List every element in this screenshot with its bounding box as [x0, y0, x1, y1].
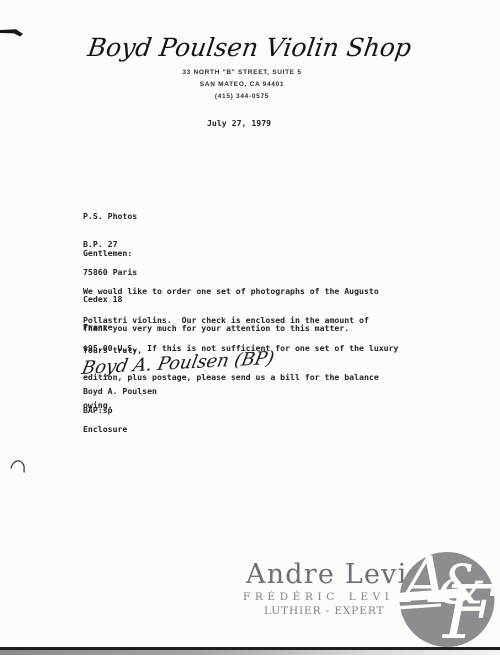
salutation: Gentlemen:	[83, 249, 132, 259]
reference-initials: BAP:sp	[83, 406, 113, 416]
letterhead-shop-name: Boyd Poulsen Violin Shop	[0, 33, 500, 62]
letterhead-phone: (415) 344-0575	[0, 91, 484, 103]
recipient-line: P.S. Photos	[83, 212, 137, 221]
watermark-role: LUTHIER - EXPERT	[264, 605, 384, 617]
body-paragraph-2: Thank you very much for your attention t…	[83, 324, 349, 334]
letterhead-city: SAN MATEO, CA 94401	[0, 79, 484, 91]
watermark-name-secondary: FRÉDÉRIC LEVI	[243, 591, 394, 603]
letter-date: July 27, 1979	[207, 119, 271, 129]
letterhead-street: 33 NORTH "B" STREET, SUITE 5	[0, 67, 484, 79]
valediction: Yours truly,	[83, 346, 142, 356]
monogram-letter-f: F	[441, 570, 497, 648]
shop-name-text: Boyd Poulsen Violin Shop	[86, 33, 413, 62]
letterhead-address-block: 33 NORTH "B" STREET, SUITE 5 SAN MATEO, …	[0, 67, 484, 102]
signed-typed-name: Boyd A. Poulsen	[83, 387, 157, 397]
scan-edge-shadow	[0, 650, 500, 655]
body-line: owing.	[83, 401, 398, 411]
watermark-name-primary: Andre Levi	[246, 559, 407, 590]
af-monogram-logo: A & F	[396, 551, 498, 648]
pen-arc-mark	[8, 456, 30, 476]
enclosure-note: Enclosure	[83, 425, 127, 435]
scanned-letter-page: Boyd Poulsen Violin Shop 33 NORTH "B" ST…	[0, 0, 500, 655]
body-line: We would like to order one set of photog…	[83, 287, 398, 297]
